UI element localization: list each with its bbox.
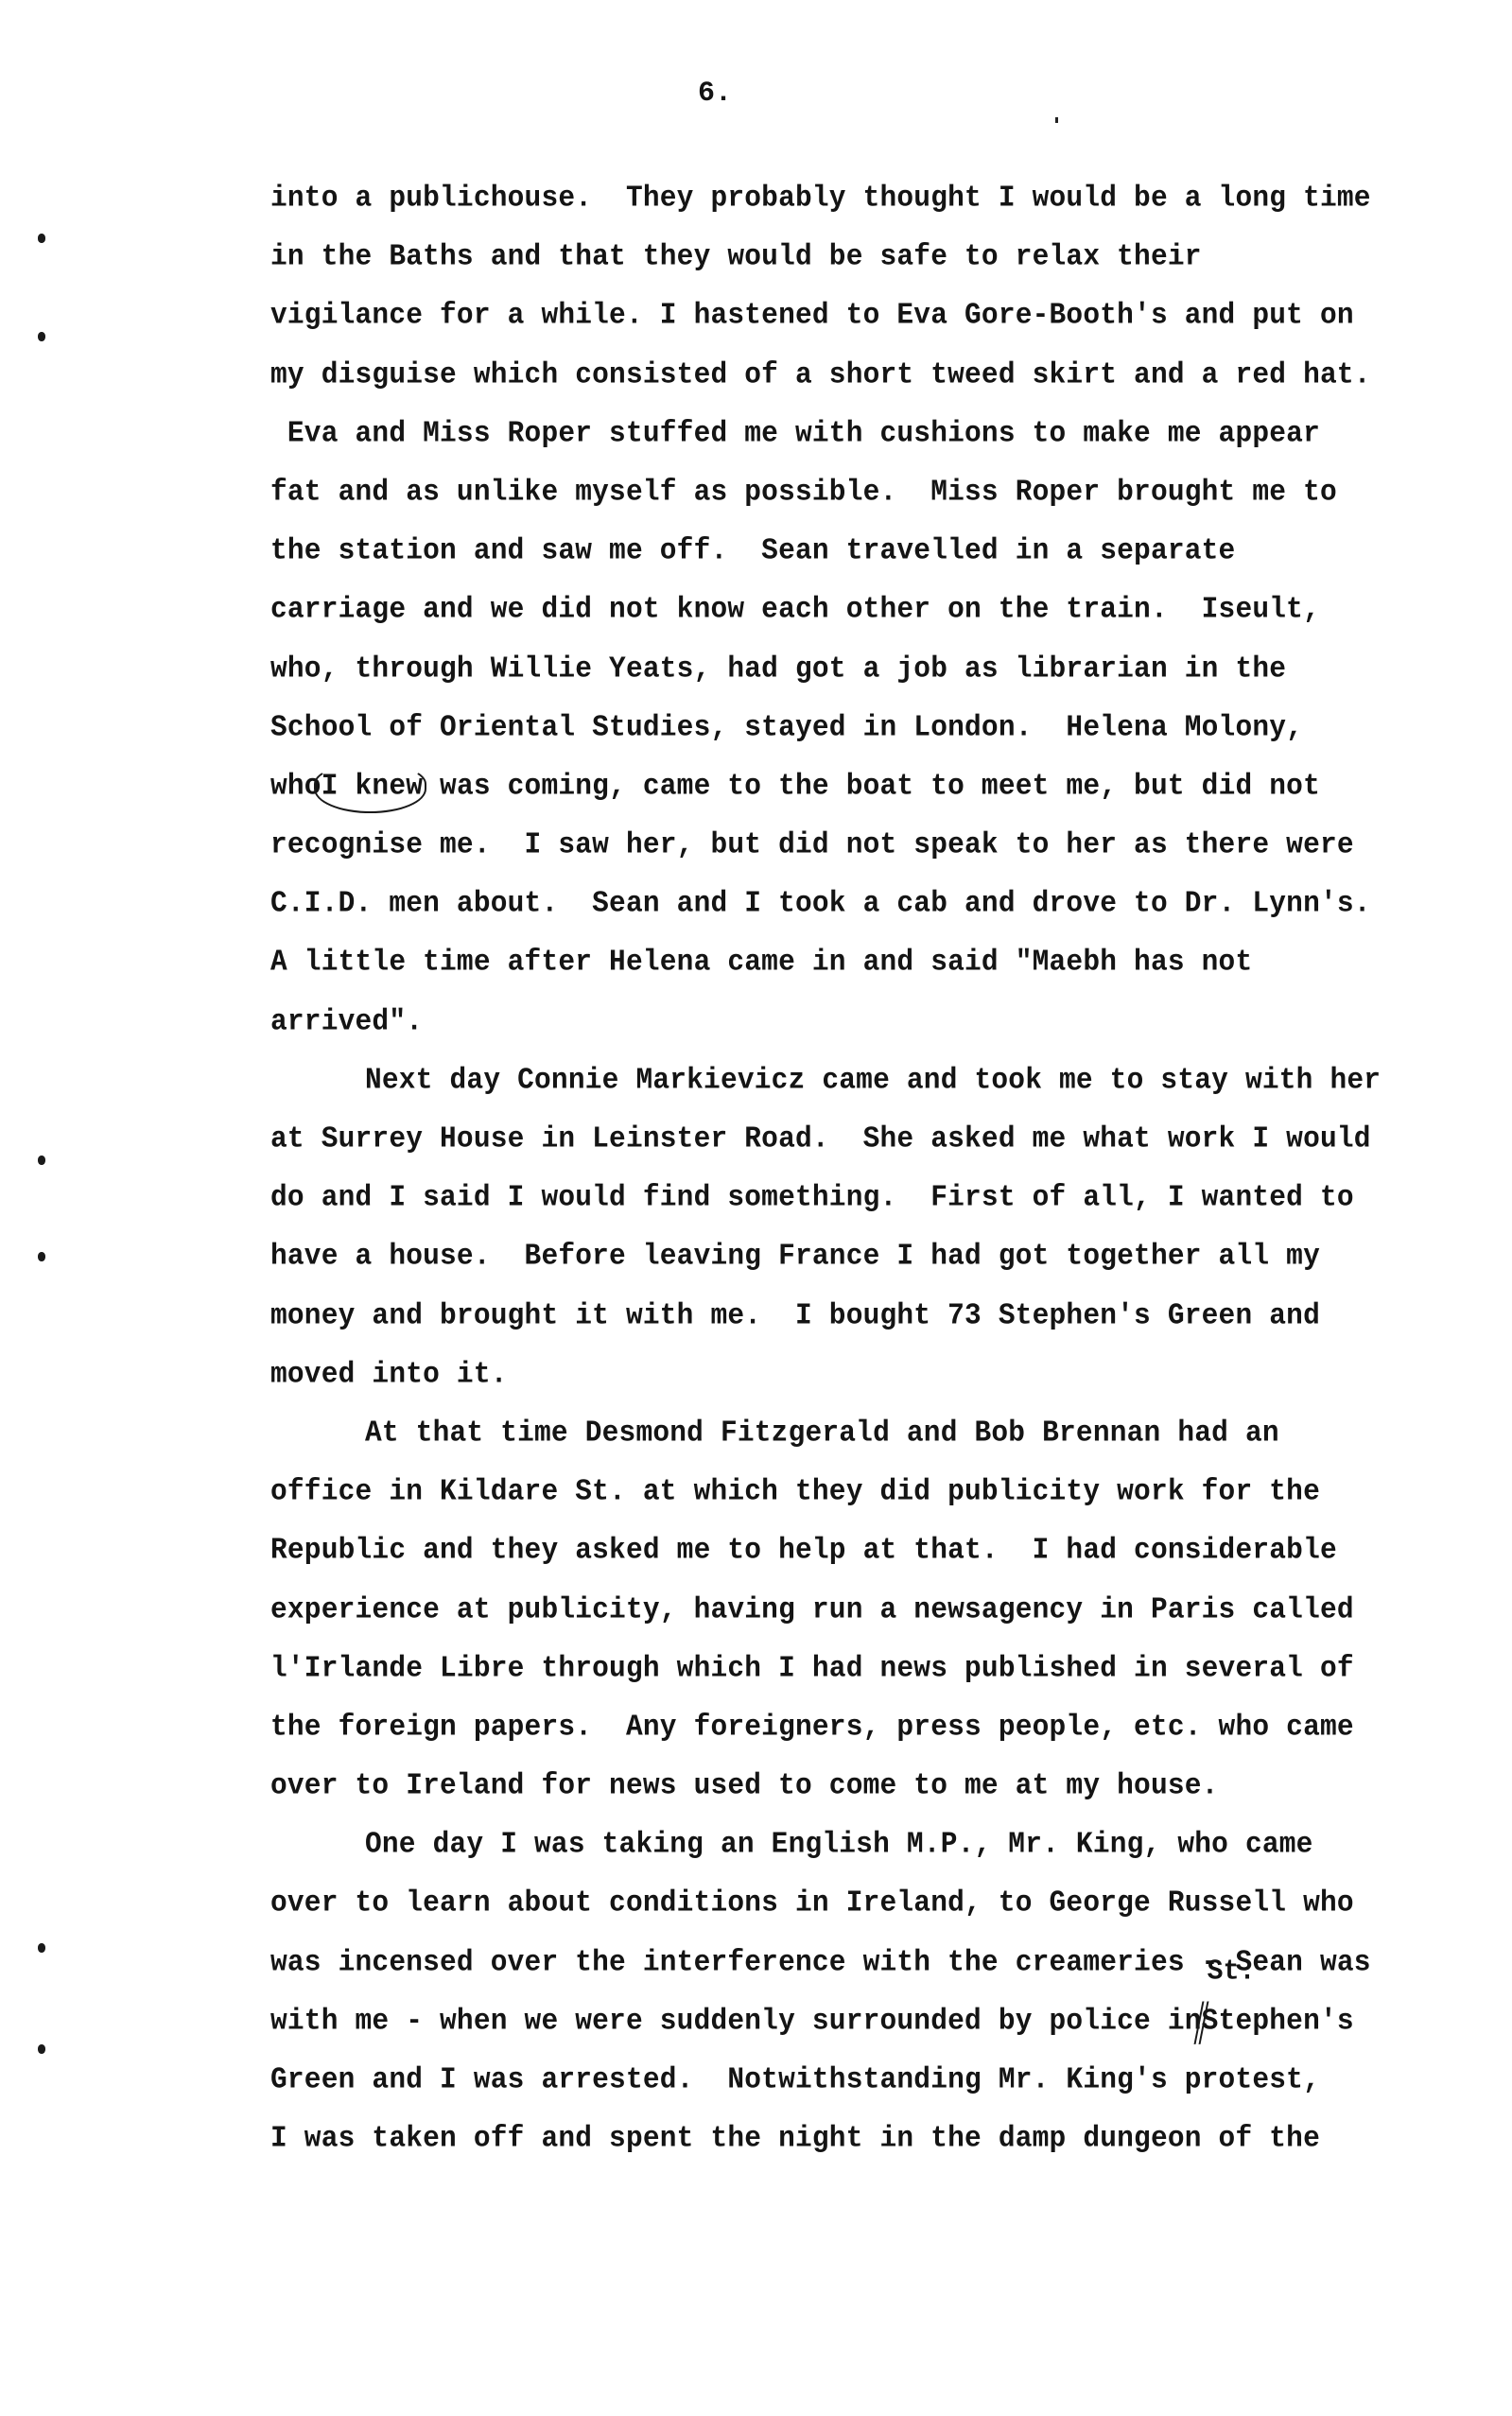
stray-ink-mark <box>1055 117 1058 123</box>
text-line: office in Kildare St. at which they did … <box>270 1460 1500 1523</box>
text-line: vigilance for a while. I hastened to Eva… <box>270 284 1500 347</box>
typed-body-text: into a publichouse. They probably though… <box>270 168 1500 2167</box>
handwritten-insertion: St.Stephen's <box>1202 1989 1354 2052</box>
text-line: C.I.D. men about. Sean and I took a cab … <box>270 872 1500 935</box>
page-number: 6. <box>698 78 732 110</box>
text-fragment: Stephen's <box>1202 2003 1354 2038</box>
text-line: recognise me. I saw her, but did not spe… <box>270 813 1500 877</box>
inserted-word: St. <box>1208 1958 1256 1987</box>
text-line: over to learn about conditions in Irelan… <box>270 1871 1500 1935</box>
margin-punch-mark <box>38 2044 45 2054</box>
text-line: money and brought it with me. I bought 7… <box>270 1283 1500 1347</box>
text-line: my disguise which consisted of a short t… <box>270 342 1500 406</box>
text-fragment: was coming, came to the boat to meet me,… <box>423 769 1320 804</box>
margin-punch-mark <box>38 1156 45 1165</box>
text-line: Green and I was arrested. Notwithstandin… <box>270 2048 1500 2112</box>
text-line: at Surrey House in Leinster Road. She as… <box>270 1107 1500 1171</box>
text-line: carriage and we did not know each other … <box>270 578 1500 641</box>
margin-punch-mark <box>38 234 45 243</box>
text-fragment: with me - when we were suddenly surround… <box>270 2003 1202 2038</box>
text-line: arrived". <box>270 989 1500 1052</box>
text-line: was incensed over the interference with … <box>270 1930 1500 1993</box>
text-line: with me - when we were suddenly surround… <box>270 1989 1500 2052</box>
text-line: School of Oriental Studies, stayed in Lo… <box>270 695 1500 758</box>
text-line: moved into it. <box>270 1342 1500 1405</box>
margin-punch-mark <box>38 1252 45 1261</box>
text-line: I was taken off and spent the night in t… <box>270 2107 1500 2170</box>
text-line: l'Irlande Libre through which I had news… <box>270 1636 1500 1699</box>
text-line: One day I was taking an English M.P., Mr… <box>270 1813 1500 1876</box>
circled-annotation: I knew <box>322 754 423 817</box>
text-line: who, through Willie Yeats, had got a job… <box>270 636 1500 700</box>
text-line: in the Baths and that they would be safe… <box>270 225 1500 288</box>
text-line: experience at publicity, having run a ne… <box>270 1577 1500 1641</box>
text-line: fat and as unlike myself as possible. Mi… <box>270 460 1500 523</box>
text-line: whoI knew was coming, came to the boat t… <box>270 754 1500 817</box>
text-line: do and I said I would find something. Fi… <box>270 1166 1500 1229</box>
text-line: Republic and they asked me to help at th… <box>270 1519 1500 1582</box>
document-page: 6. into a publichouse. They probably tho… <box>0 0 1512 2416</box>
text-line: have a house. Before leaving France I ha… <box>270 1225 1500 1288</box>
text-line: into a publichouse. They probably though… <box>270 166 1500 230</box>
margin-punch-mark <box>38 332 45 341</box>
text-line: the station and saw me off. Sean travell… <box>270 519 1500 582</box>
text-line: the foreign papers. Any foreigners, pres… <box>270 1695 1500 1758</box>
text-line: over to Ireland for news used to come to… <box>270 1754 1500 1817</box>
text-line: Eva and Miss Roper stuffed me with cushi… <box>270 401 1500 464</box>
text-line: A little time after Helena came in and s… <box>270 930 1500 994</box>
text-line: Next day Connie Markievicz came and took… <box>270 1048 1500 1111</box>
text-line: At that time Desmond Fitzgerald and Bob … <box>270 1400 1500 1464</box>
margin-punch-mark <box>38 1943 45 1953</box>
